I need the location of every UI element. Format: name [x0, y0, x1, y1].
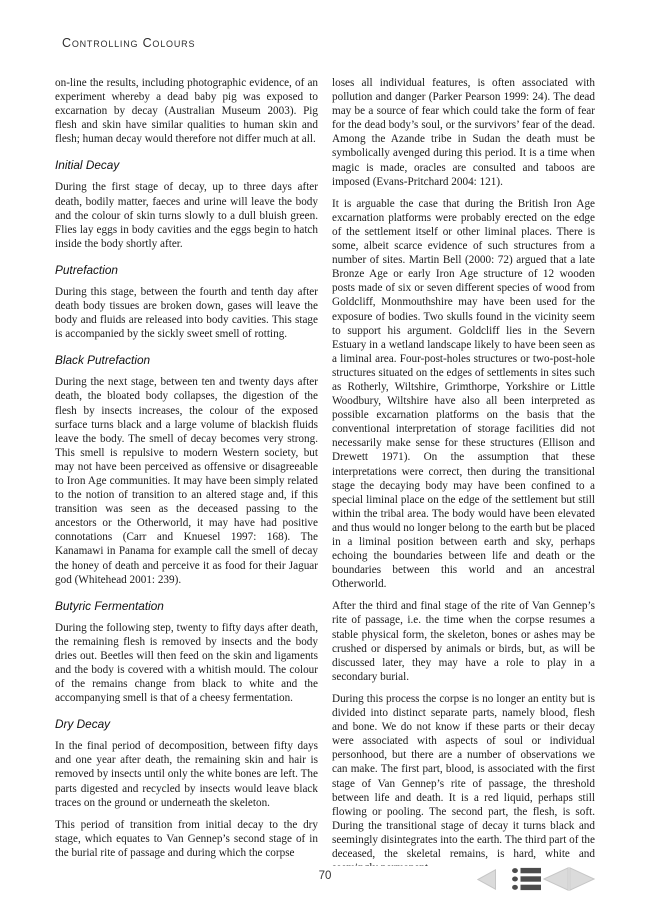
forward-triangle-right-icon[interactable]	[569, 867, 595, 891]
paragraph: It is arguable the case that during the …	[332, 197, 595, 592]
paragraph: After the third and final stage of the r…	[332, 599, 595, 684]
paragraph: During the following step, twenty to fif…	[55, 621, 318, 706]
paragraph: on-line the results, including photograp…	[55, 76, 318, 146]
right-column: loses all individual features, is often …	[332, 76, 595, 866]
paragraph: This period of transition from initial d…	[55, 818, 318, 860]
paragraph: During this stage, between the fourth an…	[55, 285, 318, 341]
section-heading-initial-decay: Initial Decay	[55, 158, 318, 172]
running-header-title: Controlling Colours	[62, 36, 195, 50]
back-triangle-left-icon[interactable]	[543, 867, 569, 891]
paragraph: In the final period of decomposition, be…	[55, 739, 318, 809]
paragraph: During the first stage of decay, up to t…	[55, 180, 318, 250]
paragraph: During this process the corpse is no lon…	[332, 692, 595, 866]
section-heading-putrefaction: Putrefaction	[55, 263, 318, 277]
book-page: Controlling Colours on-line the results,…	[0, 0, 650, 920]
contents-list-icon[interactable]	[512, 866, 541, 892]
paragraph: loses all individual features, is often …	[332, 76, 595, 189]
text-columns: on-line the results, including photograp…	[55, 76, 595, 866]
section-heading-black-putrefaction: Black Putrefaction	[55, 353, 318, 367]
paragraph: During the next stage, between ten and t…	[55, 375, 318, 586]
section-heading-butyric-fermentation: Butyric Fermentation	[55, 599, 318, 613]
previous-page-triangle-left-icon[interactable]	[477, 869, 496, 890]
left-column: on-line the results, including photograp…	[55, 76, 318, 866]
footer-navigation	[477, 866, 595, 892]
section-heading-dry-decay: Dry Decay	[55, 717, 318, 731]
